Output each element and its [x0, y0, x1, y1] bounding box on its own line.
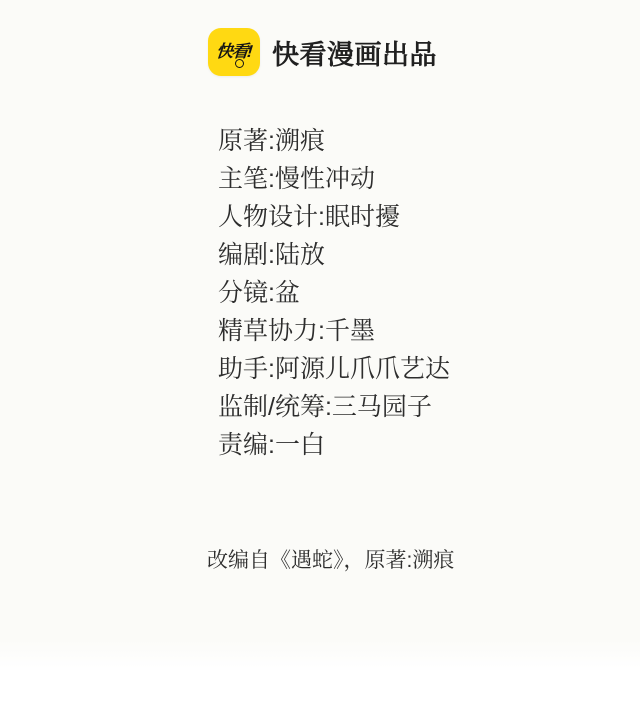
credit-line-screenwriter: 编剧:陆放 — [218, 236, 450, 274]
comic-credits-page: 快看! 快看漫画出品 原著:溯痕 主笔:慢性冲动 人物设计:眠时擾 编剧:陆放 … — [0, 0, 640, 719]
kuaikan-logo-icon: 快看! — [208, 28, 260, 76]
brand-header: 快看! 快看漫画出品 — [208, 28, 437, 76]
logo-ring-decoration — [235, 59, 244, 68]
publisher-title: 快看漫画出品 — [272, 33, 437, 72]
kuaikan-logo-text: 快看! — [216, 43, 253, 62]
credit-line-draft-assist: 精草协力:千墨 — [218, 312, 450, 350]
credit-line-editor: 责编:一白 — [218, 426, 450, 464]
credits-list: 原著:溯痕 主笔:慢性冲动 人物设计:眠时擾 编剧:陆放 分镜:盆 精草协力:千… — [218, 122, 450, 464]
credit-line-supervision: 监制/统筹:三马园子 — [218, 388, 450, 426]
credit-line-original-author: 原著:溯痕 — [218, 122, 450, 160]
adaptation-note: 改编自《遇蛇》，原著:溯痕 — [207, 546, 454, 576]
credit-line-assistants: 助手:阿源儿爪爪艺达 — [218, 350, 450, 388]
credit-line-storyboard: 分镜:盆 — [218, 274, 450, 312]
credit-line-lead-artist: 主笔:慢性冲动 — [218, 160, 450, 198]
credit-line-character-design: 人物设计:眠时擾 — [218, 198, 450, 236]
